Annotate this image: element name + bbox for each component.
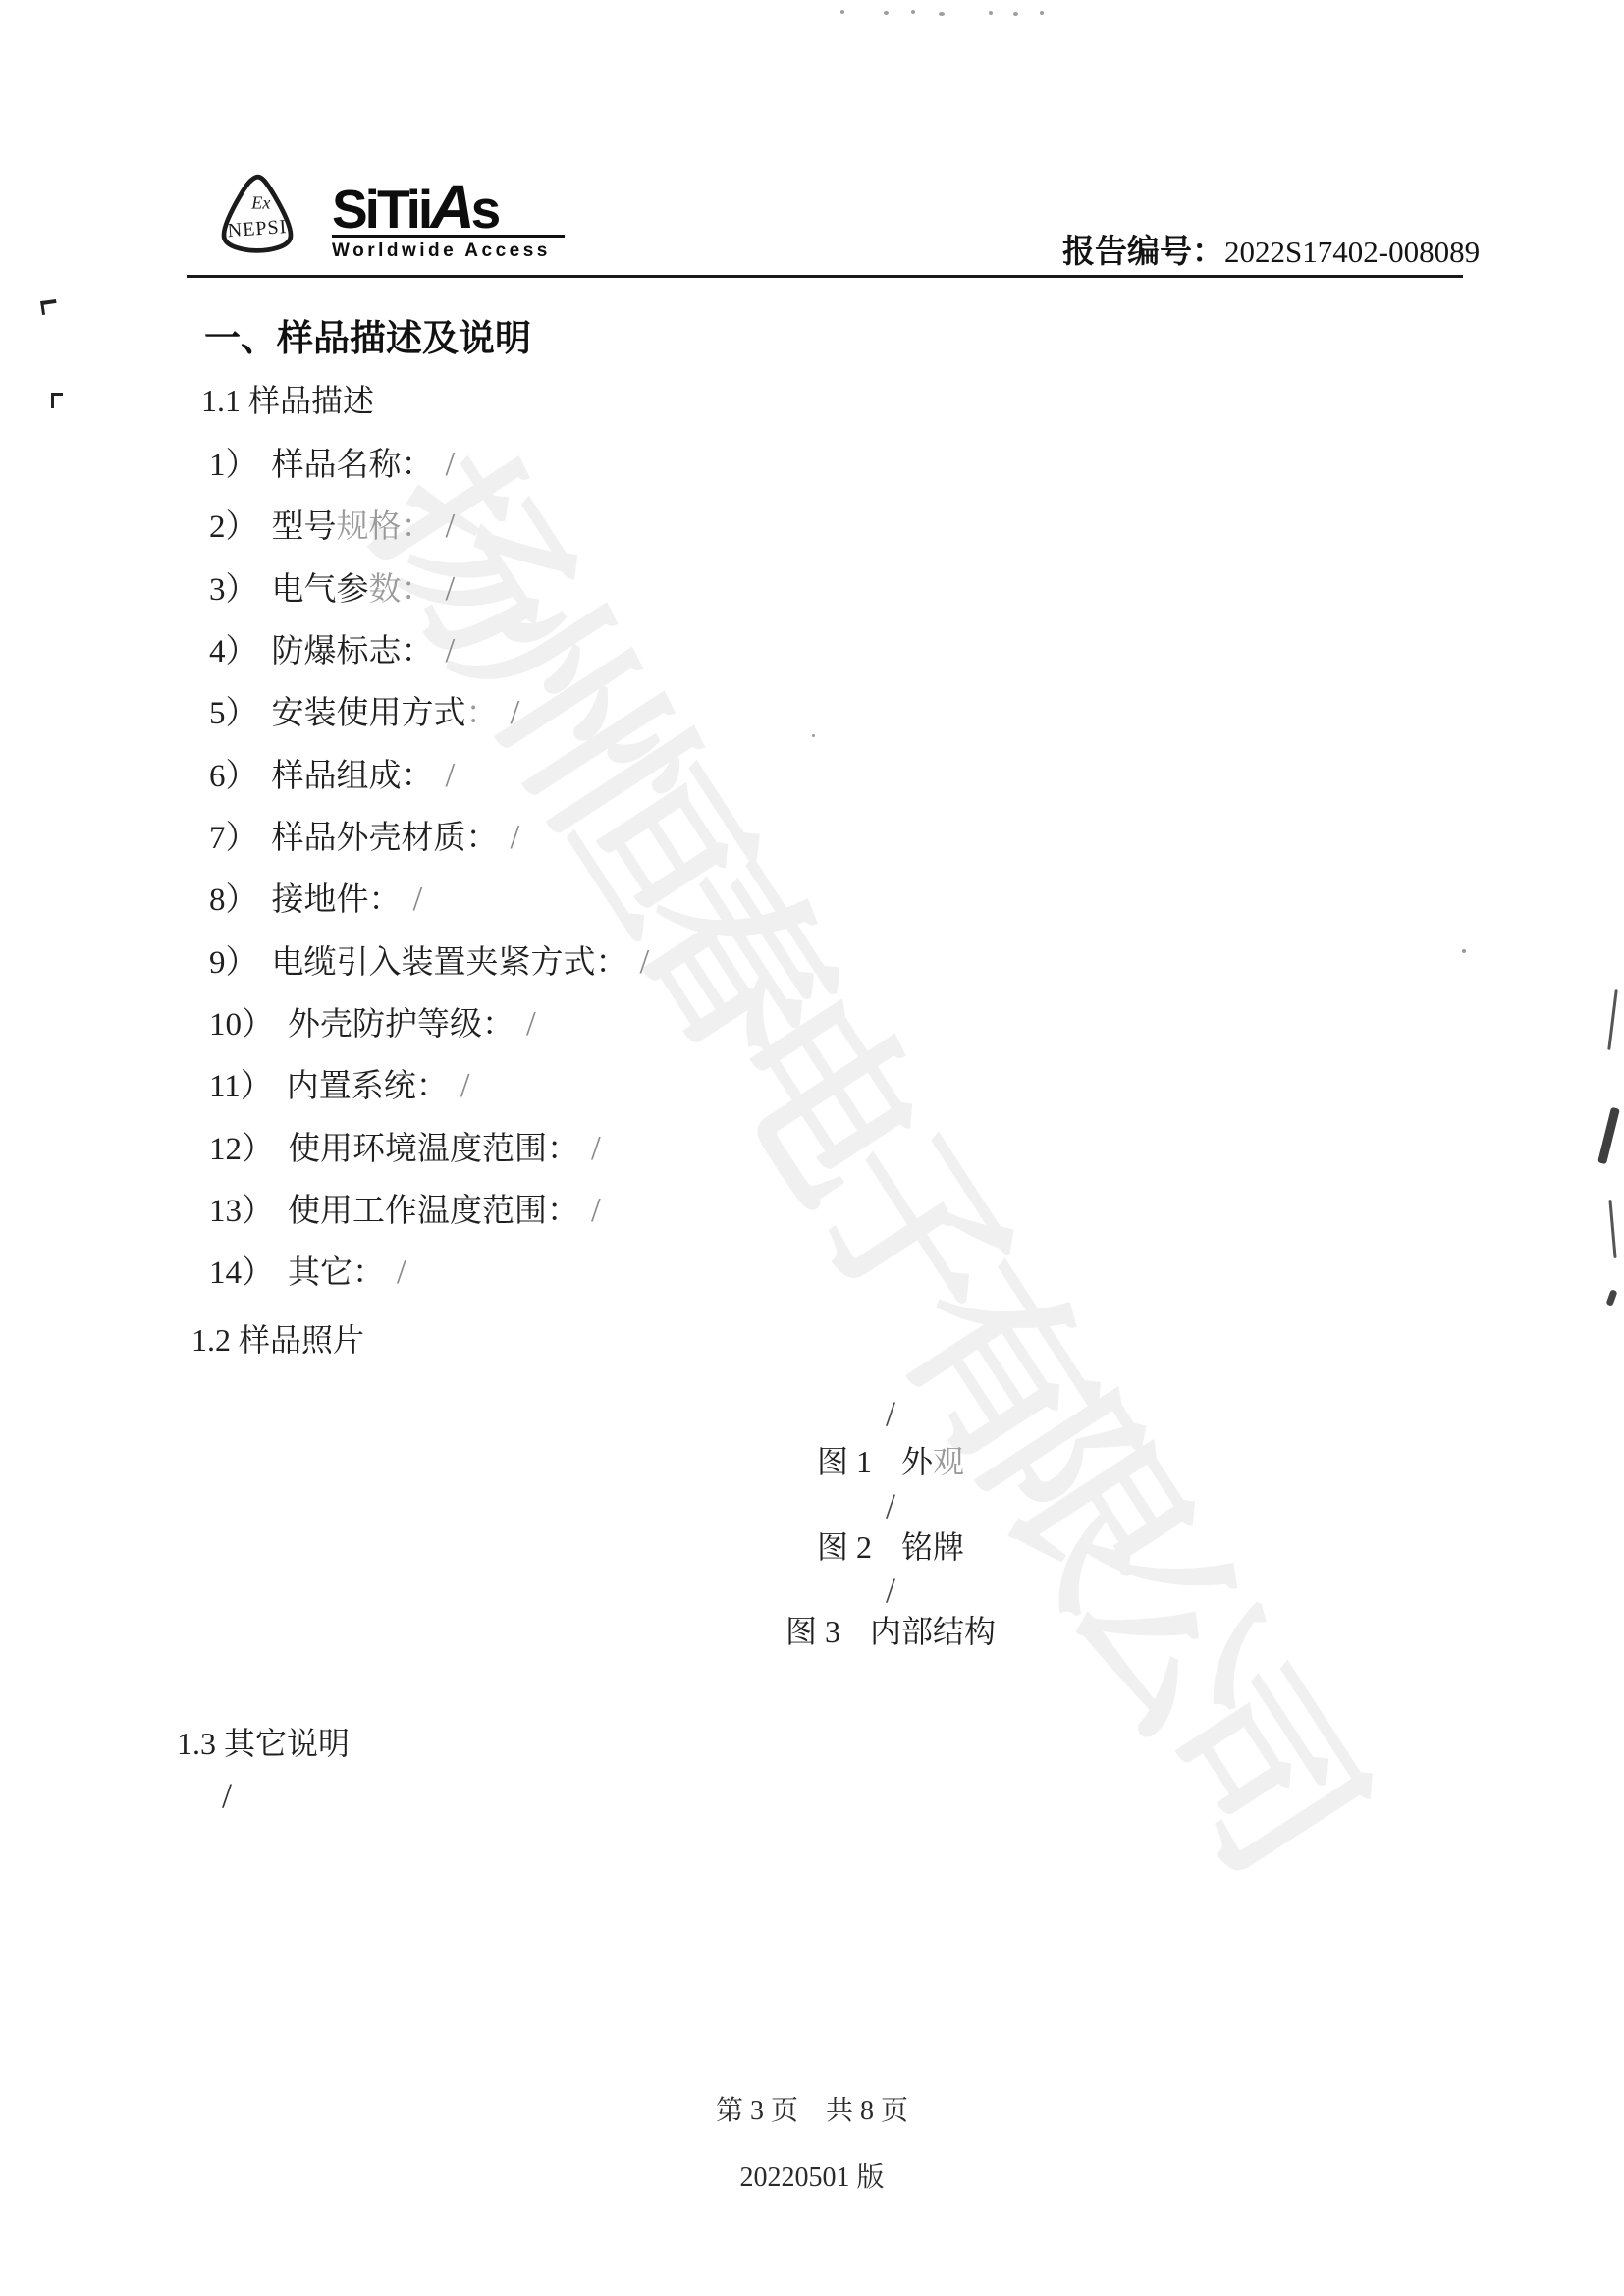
item-label: 电缆引入装置夹紧方式： [272, 945, 628, 981]
brand-pre: SiTii [332, 179, 430, 240]
item-value: / [446, 507, 456, 545]
item-number: 2） [209, 509, 258, 545]
binding-smudge [1605, 1289, 1617, 1306]
scan-dot [884, 11, 889, 15]
item-number: 10） [209, 1007, 274, 1042]
item-label: 样品外壳材质： [272, 821, 499, 856]
item-number: 13） [209, 1194, 274, 1229]
figure-3-title: 内部结构 [870, 1614, 996, 1649]
item-value: / [446, 631, 456, 669]
subsection-1-2: 1.2 样品照片 [191, 1315, 364, 1361]
list-item: 13）使用工作温度范围：/ [209, 1185, 601, 1231]
item-number: 8） [209, 882, 258, 918]
item-value: / [413, 880, 423, 918]
scan-mark [51, 393, 63, 408]
item-number: 14） [209, 1255, 274, 1291]
item-label-gray: ： [466, 696, 499, 731]
list-item: 9）电缆引入装置夹紧方式：/ [209, 936, 649, 983]
header-rule [187, 275, 1463, 278]
scan-speck [1462, 949, 1466, 953]
item-label-gray: 规格： [337, 509, 434, 545]
list-item: 4）防爆标志：/ [209, 625, 455, 671]
list-item: 6）样品组成：/ [209, 750, 455, 796]
list-item: 1）样品名称：/ [209, 439, 455, 485]
item-value: / [526, 1004, 536, 1042]
brand-tagline: Worldwide Access [332, 240, 565, 262]
subsection-1-3-value: / [222, 1775, 232, 1816]
scan-dot [911, 10, 915, 14]
scan-mark [40, 299, 58, 315]
item-number: 6） [209, 759, 258, 794]
figure-2-title: 铭牌 [901, 1529, 964, 1565]
item-number: 1） [209, 448, 258, 483]
figure-1-caption: 图 1外观 [79, 1437, 1624, 1482]
item-label: 电气参 [272, 572, 369, 608]
list-item: 3）电气参数：/ [209, 563, 455, 610]
item-label: 样品名称： [272, 448, 434, 483]
scan-dot [939, 12, 945, 16]
item-label-gray: 数： [369, 572, 434, 608]
item-number: 9） [209, 945, 258, 981]
item-value: / [511, 818, 520, 856]
list-item: 8）接地件：/ [209, 874, 422, 920]
figure-3-prefix: 图 3 [785, 1614, 840, 1649]
page-number: 第 3 页 共 8 页 [0, 2089, 1624, 2128]
binding-smudge [1608, 1200, 1616, 1258]
item-number: 7） [209, 821, 258, 856]
logo-nepsi-text: NEPSI [227, 216, 288, 241]
item-label: 样品组成： [272, 759, 434, 794]
list-item: 10）外壳防护等级：/ [209, 998, 536, 1044]
list-item: 5）安装使用方式：/ [209, 687, 519, 733]
item-value: / [446, 756, 456, 794]
list-item: 11）内置系统：/ [209, 1060, 470, 1106]
item-label: 使用工作温度范围： [288, 1194, 579, 1229]
subsection-1-3: 1.3 其它说明 [177, 1719, 350, 1764]
figure-3-placeholder: / [79, 1570, 1624, 1611]
list-item: 2）型号规格：/ [209, 501, 455, 547]
item-number: 3） [209, 572, 258, 608]
item-value: / [640, 942, 650, 981]
brand-logotype: SiTiiAs [332, 183, 565, 234]
ex-nepsi-mark-icon: Ex NEPSI [210, 173, 304, 264]
item-value: / [446, 569, 456, 608]
item-number: 5） [209, 696, 258, 731]
item-label: 内置系统： [287, 1069, 449, 1104]
figure-1-prefix: 图 1 [817, 1444, 872, 1479]
scan-dot [1040, 11, 1044, 15]
scan-dot [989, 11, 993, 15]
item-value: / [591, 1129, 601, 1167]
scanned-report-page: 扬州恒春电子有限公司 Ex NEPSI SiTiiAs Worldwide Ac… [0, 0, 1624, 2296]
item-label: 安装使用方式 [272, 696, 466, 731]
item-label: 外壳防护等级： [288, 1007, 514, 1042]
item-label: 其它： [288, 1255, 385, 1291]
document-version: 20220501 版 [0, 2156, 1624, 2195]
item-number: 4） [209, 634, 258, 669]
figure-2-placeholder: / [79, 1485, 1624, 1526]
item-value: / [511, 693, 520, 731]
scan-dot [840, 10, 844, 14]
figure-2-prefix: 图 2 [817, 1529, 872, 1565]
item-value: / [460, 1066, 470, 1104]
list-item: 12）使用环境温度范围：/ [209, 1123, 601, 1169]
item-value: / [397, 1253, 406, 1291]
report-number-value: 2022S17402-008089 [1224, 235, 1480, 269]
subsection-1-1: 1.1 样品描述 [201, 376, 374, 421]
item-label: 接地件： [272, 882, 402, 918]
item-value: / [446, 445, 456, 483]
brand-block: SiTiiAs Worldwide Access [332, 183, 565, 262]
binding-smudge [1607, 989, 1618, 1050]
scan-speck [812, 734, 815, 737]
brand-post: s [471, 179, 499, 240]
item-number: 12） [209, 1132, 274, 1167]
logo-ex-text: Ex [250, 192, 270, 212]
report-number-line: 报告编号：2022S17402-008089 [1062, 226, 1480, 272]
list-item: 7）样品外壳材质：/ [209, 812, 519, 858]
item-label: 型号 [272, 509, 337, 545]
item-number: 11） [209, 1069, 273, 1104]
scan-dot [1013, 12, 1018, 16]
list-item: 14）其它：/ [209, 1247, 406, 1293]
item-label: 使用环境温度范围： [288, 1132, 579, 1167]
figure-1-placeholder: / [79, 1393, 1624, 1434]
report-number-label: 报告编号： [1062, 235, 1224, 270]
figure-2-caption: 图 2铭牌 [79, 1522, 1624, 1568]
section-heading: 一、样品描述及说明 [204, 308, 531, 361]
binding-smudge [1597, 1107, 1620, 1164]
item-label: 防爆标志： [272, 634, 434, 669]
item-value: / [591, 1191, 601, 1229]
brand-a: A [430, 173, 471, 241]
figure-3-caption: 图 3内部结构 [79, 1607, 1624, 1652]
